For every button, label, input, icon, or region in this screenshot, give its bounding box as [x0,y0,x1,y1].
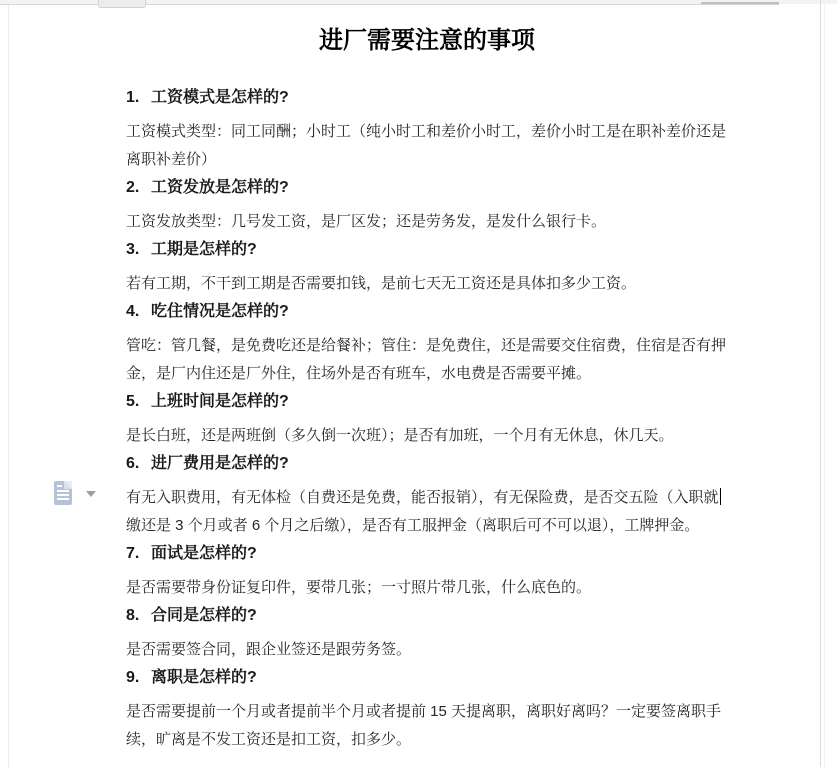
question-heading[interactable]: 4.吃住情况是怎样的? [126,302,728,322]
paste-options-icon [51,478,79,508]
answer-paragraph[interactable]: 是否需要带身份证复印件，要带几张；一寸照片带几张，什么底色的。 [126,574,728,602]
list-item: 1.工资模式是怎样的? 工资模式类型：同工同酬；小时工（纯小时工和差价小时工，差… [126,88,728,174]
question-text: 上班时间是怎样的? [151,393,289,410]
list-item: 9.离职是怎样的? 是否需要提前一个月或者提前半个月或者提前 15 天提离职，离… [126,668,728,754]
question-heading[interactable]: 8.合同是怎样的? [126,606,728,626]
answer-text: 工资模式类型：同工同酬；小时工（纯小时工和差价小时工，差价小时工是在职补差价还是… [126,123,726,168]
question-heading[interactable]: 9.离职是怎样的? [126,668,728,688]
question-heading[interactable]: 6.进厂费用是怎样的? [126,454,728,474]
answer-text: 有无入职费用，有无体检（自费还是免费，能否报销），有无保险费，是否交五险（入职就 [126,489,719,506]
answer-paragraph[interactable]: 是否需要提前一个月或者提前半个月或者提前 15 天提离职，离职好离吗？一定要签离… [126,698,728,754]
answer-paragraph[interactable]: 管吃：管几餐，是免费吃还是给餐补；管住：是免费住，还是需要交住宿费，住宿是否有押… [126,332,728,388]
chevron-down-icon[interactable] [86,491,96,497]
page-title[interactable]: 进厂需要注意的事项 [126,26,728,56]
answer-paragraph[interactable]: 工资模式类型：同工同酬；小时工（纯小时工和差价小时工，差价小时工是在职补差价还是… [126,118,728,174]
question-heading[interactable]: 1.工资模式是怎样的? [126,88,728,108]
question-text: 面试是怎样的? [151,545,257,562]
list-item: 5.上班时间是怎样的? 是长白班，还是两班倒（多久倒一次班）；是否有加班，一个月… [126,392,728,450]
question-heading[interactable]: 3.工期是怎样的? [126,240,728,260]
answer-text: 是长白班，还是两班倒（多久倒一次班）；是否有加班，一个月有无休息，休几天。 [126,427,674,444]
answer-paragraph[interactable]: 若有工期，不干到工期是否需要扣钱，是前七天无工资还是具体扣多少工资。 [126,270,728,298]
question-number: 3. [126,240,151,260]
question-text: 进厂费用是怎样的? [151,455,289,472]
question-number: 9. [126,668,151,688]
answer-text: 是否需要带身份证复印件，要带几张；一寸照片带几张，什么底色的。 [126,579,591,596]
question-heading[interactable]: 7.面试是怎样的? [126,544,728,564]
list-item: 6.进厂费用是怎样的? 有无入职费用，有无体检（自费还是免费，能否报销），有无保… [126,454,728,540]
text-cursor [720,488,721,505]
question-text: 离职是怎样的? [151,669,257,686]
list-item: 8.合同是怎样的? 是否需要签合同，跟企业签还是跟劳务签。 [126,606,728,664]
answer-paragraph[interactable]: 有无入职费用，有无体检（自费还是免费，能否报销），有无保险费，是否交五险（入职就… [126,484,728,540]
list-item: 7.面试是怎样的? 是否需要带身份证复印件，要带几张；一寸照片带几张，什么底色的… [126,544,728,602]
question-number: 4. [126,302,151,322]
question-number: 8. [126,606,151,626]
answer-text: 若有工期，不干到工期是否需要扣钱，是前七天无工资还是具体扣多少工资。 [126,275,636,292]
question-number: 7. [126,544,151,564]
question-text: 工资模式是怎样的? [151,89,289,106]
answer-text: 工资发放类型：几号发工资，是厂区发；还是劳务发，是发什么银行卡。 [126,213,606,230]
answer-text: 是否需要签合同，跟企业签还是跟劳务签。 [126,641,411,658]
document-window: 进厂需要注意的事项 1.工资模式是怎样的? 工资模式类型：同工同酬；小时工（纯小… [0,0,837,767]
question-list: 1.工资模式是怎样的? 工资模式类型：同工同酬；小时工（纯小时工和差价小时工，差… [126,88,728,754]
question-number: 2. [126,178,151,198]
paste-options-button[interactable] [51,474,101,512]
question-number: 1. [126,88,151,108]
document-page[interactable]: 进厂需要注意的事项 1.工资模式是怎样的? 工资模式类型：同工同酬；小时工（纯小… [126,0,728,758]
list-item: 4.吃住情况是怎样的? 管吃：管几餐，是免费吃还是给餐补；管住：是免费住，还是需… [126,302,728,388]
answer-text-after-cursor: 缴还是 3 个月或者 6 个月之后缴），是否有工服押金（离职后可不可以退），工牌… [126,517,699,534]
list-item: 2.工资发放是怎样的? 工资发放类型：几号发工资，是厂区发；还是劳务发，是发什么… [126,178,728,236]
question-number: 6. [126,454,151,474]
question-text: 合同是怎样的? [151,607,257,624]
page-left-edge [8,5,9,767]
answer-text: 是否需要提前一个月或者提前半个月或者提前 15 天提离职，离职好离吗？一定要签离… [126,703,721,748]
question-heading[interactable]: 2.工资发放是怎样的? [126,178,728,198]
answer-paragraph[interactable]: 工资发放类型：几号发工资，是厂区发；还是劳务发，是发什么银行卡。 [126,208,728,236]
question-heading[interactable]: 5.上班时间是怎样的? [126,392,728,412]
answer-paragraph[interactable]: 是否需要签合同，跟企业签还是跟劳务签。 [126,636,728,664]
answer-paragraph[interactable]: 是长白班，还是两班倒（多久倒一次班）；是否有加班，一个月有无休息，休几天。 [126,422,728,450]
question-text: 工资发放是怎样的? [151,179,289,196]
question-text: 吃住情况是怎样的? [151,303,289,320]
page-right-edge-shadow [824,0,825,767]
question-number: 5. [126,392,151,412]
list-item: 3.工期是怎样的? 若有工期，不干到工期是否需要扣钱，是前七天无工资还是具体扣多… [126,240,728,298]
answer-text: 管吃：管几餐，是免费吃还是给餐补；管住：是免费住，还是需要交住宿费，住宿是否有押… [126,337,726,382]
question-text: 工期是怎样的? [151,241,257,258]
page-right-edge [820,0,821,767]
